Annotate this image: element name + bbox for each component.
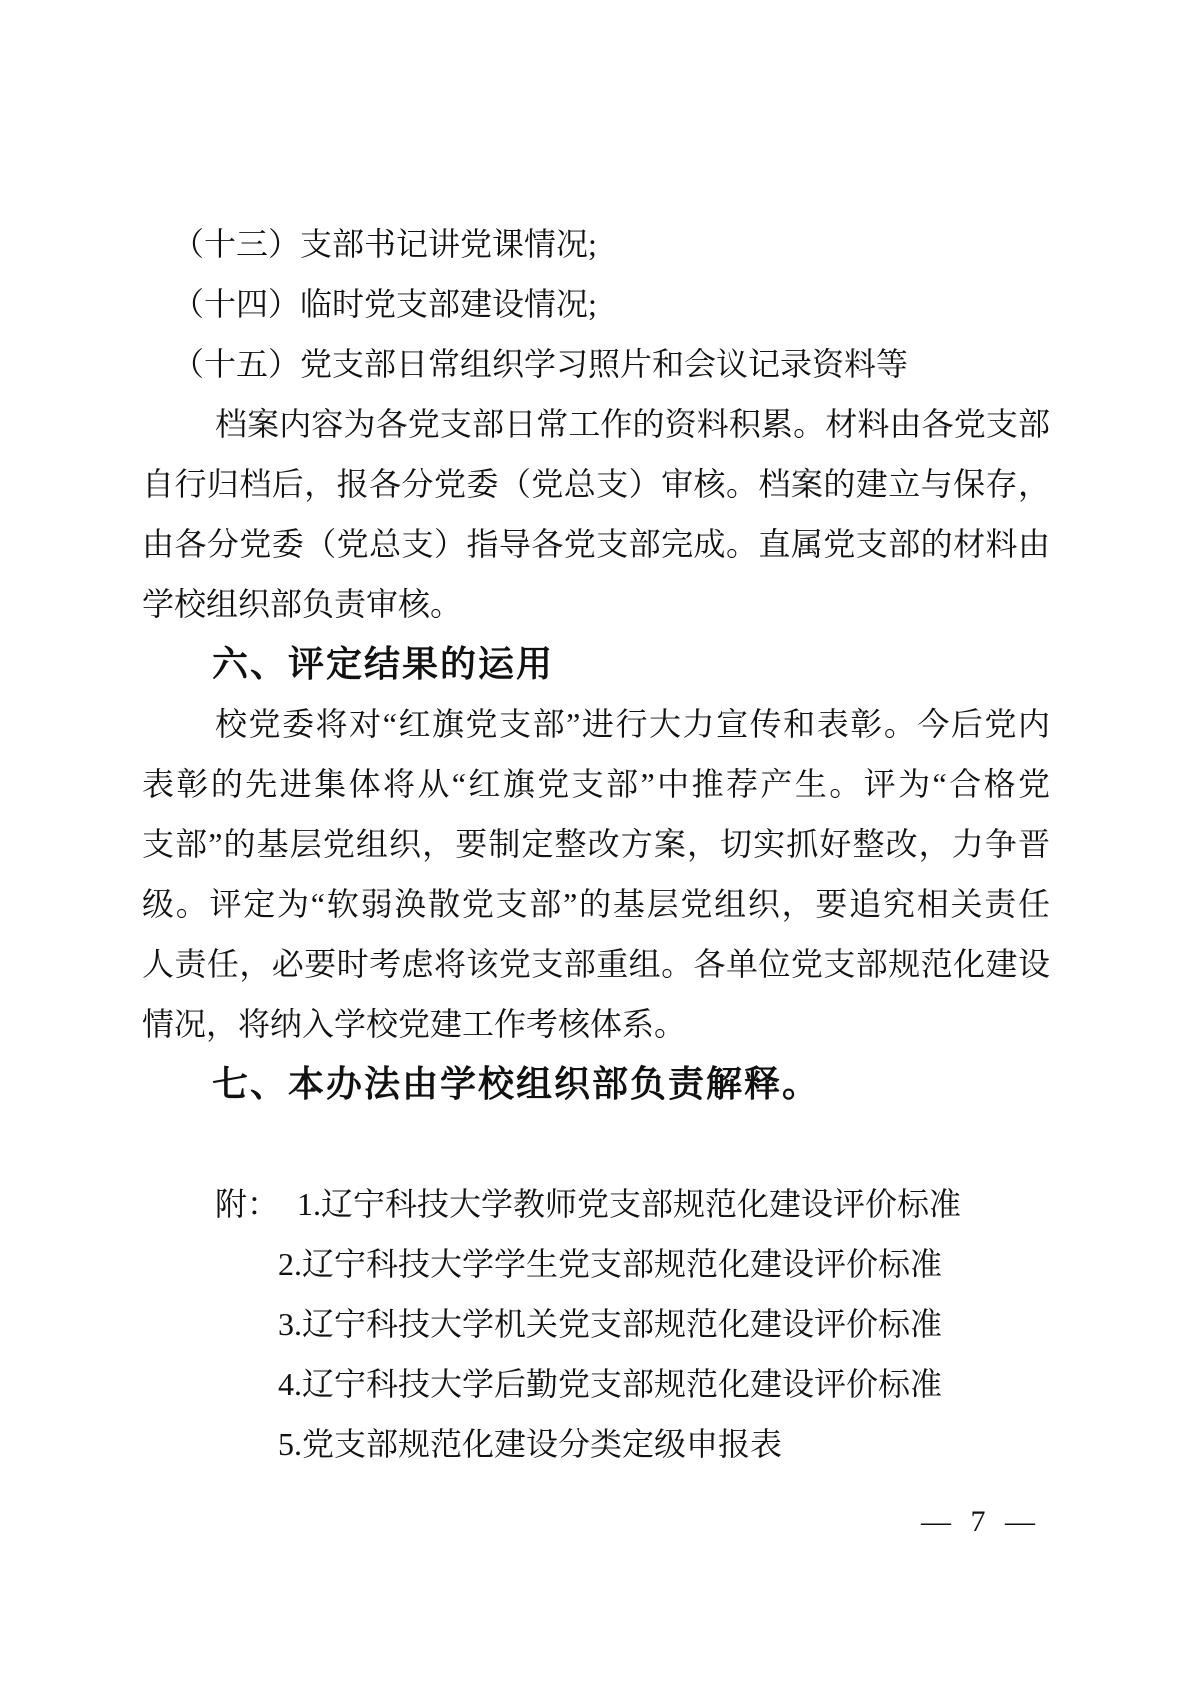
paragraph-usage-line: 表彰的先进集体将从“红旗党支部”中推荐产生。评为“合格党 bbox=[142, 754, 1050, 814]
paragraph-archive-line: 由各分党委（党总支）指导各党支部完成。直属党支部的材料由 bbox=[142, 514, 1050, 574]
blank-line bbox=[142, 1114, 1050, 1174]
document-page: （十三）支部书记讲党课情况; （十四）临时党支部建设情况; （十五）党支部日常组… bbox=[0, 0, 1191, 1684]
paragraph-usage-line: 级。评定为“软弱涣散党支部”的基层党组织，要追究相关责任 bbox=[142, 874, 1050, 934]
paragraph-usage-line: 人责任，必要时考虑将该党支部重组。各单位党支部规范化建设 bbox=[142, 934, 1050, 994]
attachment-item-5: 5.党支部规范化建设分类定级申报表 bbox=[142, 1414, 1050, 1474]
numbered-item-13: （十三）支部书记讲党课情况; bbox=[142, 214, 1050, 274]
paragraph-usage-line: 支部”的基层党组织，要制定整改方案，切实抓好整改，力争晋 bbox=[142, 814, 1050, 874]
section-heading-six: 六、评定结果的运用 bbox=[142, 634, 1050, 694]
attachments-label: 附： bbox=[215, 1186, 297, 1222]
numbered-item-15: （十五）党支部日常组织学习照片和会议记录资料等 bbox=[142, 334, 1050, 394]
document-body: （十三）支部书记讲党课情况; （十四）临时党支部建设情况; （十五）党支部日常组… bbox=[142, 214, 1050, 1474]
paragraph-usage-line: 校党委将对“红旗党支部”进行大力宣传和表彰。今后党内 bbox=[142, 694, 1050, 754]
paragraph-archive-line: 档案内容为各党支部日常工作的资料积累。材料由各党支部 bbox=[142, 394, 1050, 454]
attachment-item-4: 4.辽宁科技大学后勤党支部规范化建设评价标准 bbox=[142, 1354, 1050, 1414]
paragraph-usage-line: 情况，将纳入学校党建工作考核体系。 bbox=[142, 994, 1050, 1054]
attachment-item-2: 2.辽宁科技大学学生党支部规范化建设评价标准 bbox=[142, 1234, 1050, 1294]
numbered-item-14: （十四）临时党支部建设情况; bbox=[142, 274, 1050, 334]
paragraph-archive-line: 自行归档后，报各分党委（党总支）审核。档案的建立与保存， bbox=[142, 454, 1050, 514]
attachment-item-1: 1.辽宁科技大学教师党支部规范化建设评价标准 bbox=[297, 1186, 961, 1222]
attachment-line-1: 附：1.辽宁科技大学教师党支部规范化建设评价标准 bbox=[142, 1174, 1050, 1234]
paragraph-archive-line: 学校组织部负责审核。 bbox=[142, 574, 1050, 634]
section-heading-seven: 七、本办法由学校组织部负责解释。 bbox=[142, 1054, 1050, 1114]
attachment-item-3: 3.辽宁科技大学机关党支部规范化建设评价标准 bbox=[142, 1294, 1050, 1354]
page-number: — 7 — bbox=[921, 1498, 1041, 1546]
